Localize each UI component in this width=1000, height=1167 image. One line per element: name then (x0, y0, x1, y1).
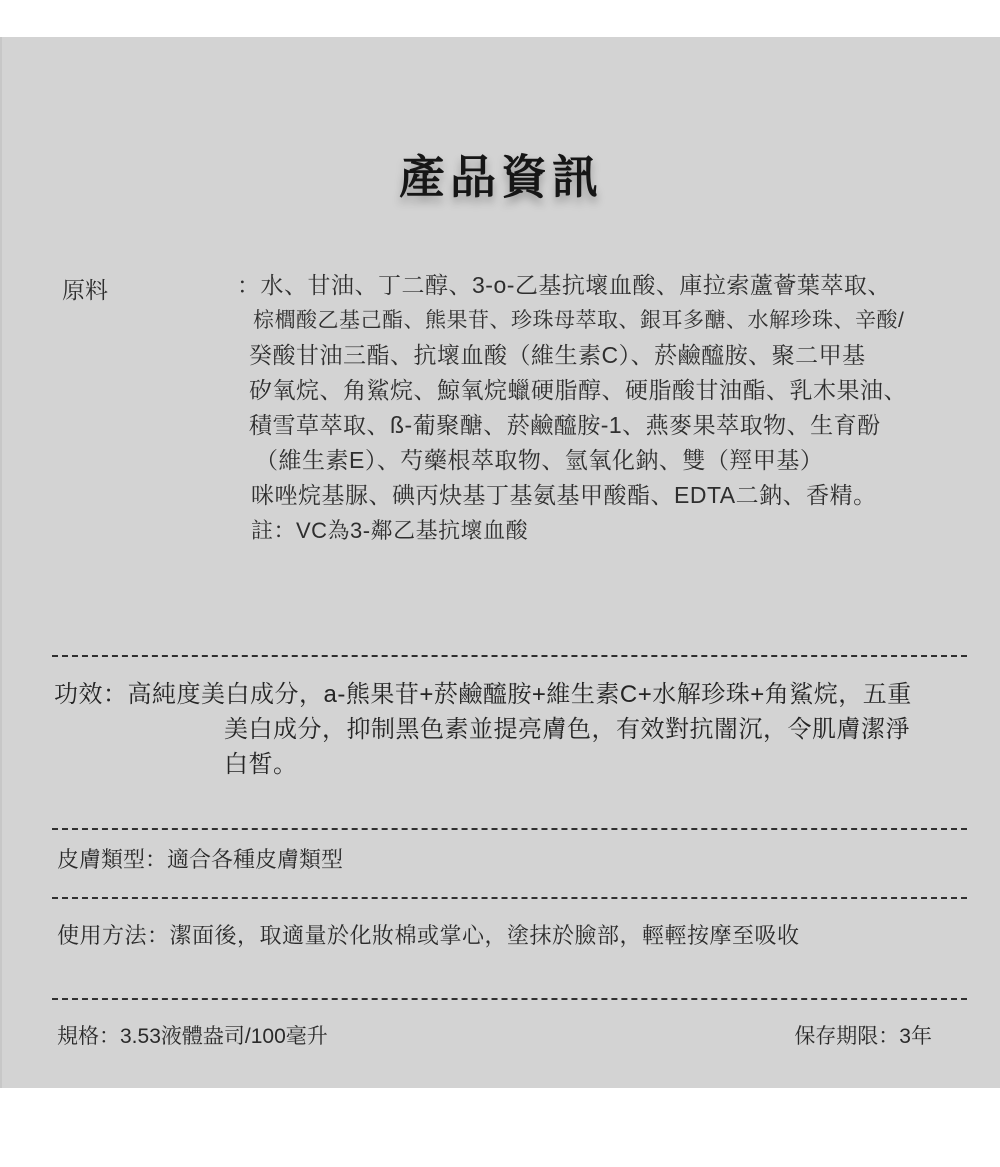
ingredients-list: ：水、甘油、丁二醇、3-o-乙基抗壞血酸、庫拉索蘆薈葉萃取、 棕櫚酸乙基己酯、熊… (237, 268, 967, 548)
efficacy-section: 功效：高純度美白成分，a-熊果苷+菸鹼醯胺+維生素C+水解珍珠+角鯊烷，五重 美… (54, 677, 954, 782)
efficacy-line-3: 白皙。 (224, 747, 954, 782)
ingredients-line-4: 矽氧烷、角鯊烷、鯨氧烷蠟硬脂醇、硬脂酸甘油酯、乳木果油、 (249, 373, 967, 408)
efficacy-line-1: 功效：高純度美白成分，a-熊果苷+菸鹼醯胺+維生素C+水解珍珠+角鯊烷，五重 (54, 677, 954, 712)
ingredients-line-6: （維生素E）、芍藥根萃取物、氫氧化鈉、雙（羥甲基） (255, 443, 967, 478)
ingredients-line-2: 棕櫚酸乙基己酯、熊果苷、珍珠母萃取、銀耳多醣、水解珍珠、辛酸/ (253, 303, 967, 338)
divider-4 (52, 998, 967, 1000)
page-title: 產品資訊 (2, 141, 1000, 207)
product-info-panel: 產品資訊 原料 ：水、甘油、丁二醇、3-o-乙基抗壞血酸、庫拉索蘆薈葉萃取、 棕… (0, 37, 1000, 1088)
ingredients-label: 原料 (62, 272, 108, 305)
divider-3 (52, 897, 967, 899)
ingredients-note: 註：VC為3-鄰乙基抗壞血酸 (251, 513, 967, 548)
usage-text: 使用方法：潔面後，取適量於化妝棉或掌心，塗抹於臉部，輕輕按摩至吸收 (57, 919, 800, 950)
ingredients-line-7: 咪唑烷基脲、碘丙炔基丁基氨基甲酸酯、EDTA二鈉、香精。 (251, 478, 967, 513)
divider-2 (52, 828, 967, 830)
product-info-page: 產品資訊 原料 ：水、甘油、丁二醇、3-o-乙基抗壞血酸、庫拉索蘆薈葉萃取、 棕… (0, 0, 1000, 1167)
divider-1 (52, 655, 967, 657)
spec-text: 規格：3.53液體盎司/100毫升 (57, 1020, 328, 1050)
skin-type-text: 皮膚類型：適合各種皮膚類型 (57, 843, 343, 874)
efficacy-line-2: 美白成分，抑制黑色素並提亮膚色，有效對抗闇沉，令肌膚潔淨 (224, 712, 954, 747)
ingredients-line-3: 癸酸甘油三酯、抗壞血酸（維生素C）、菸鹼醯胺、聚二甲基 (249, 338, 967, 373)
shelf-life-text: 保存期限：3年 (794, 1020, 932, 1050)
ingredients-line-1: ：水、甘油、丁二醇、3-o-乙基抗壞血酸、庫拉索蘆薈葉萃取、 (237, 268, 967, 303)
spec-row: 規格：3.53液體盎司/100毫升 保存期限：3年 (57, 1020, 932, 1050)
ingredients-line-5: 積雪草萃取、ß-葡聚醣、菸鹼醯胺-1、燕麥果萃取物、生育酚 (249, 408, 967, 443)
